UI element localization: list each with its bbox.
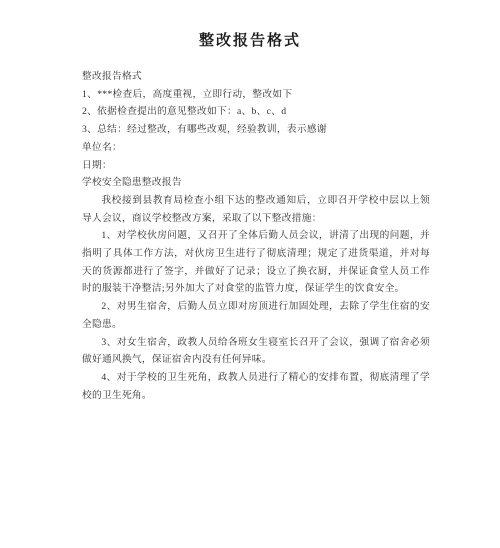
document-title: 整改报告格式 [0,29,500,50]
document-body: 整改报告格式 1、***检查后，高度重视，立即行动，整改如下 2、依据检查提出的… [82,68,430,404]
template-item: 1、***检查后，高度重视，立即行动，整改如下 [82,86,430,104]
date-label: 日期： [82,157,430,175]
report-paragraph: 我校接到县教育局检查小组下达的整改通知后，立即召开学校中层以上领导人会议，商议学… [82,192,430,227]
report-heading: 学校安全隐患整改报告 [82,174,430,192]
report-paragraph: 4、对于学校的卫生死角，政教人员进行了精心的安排布置，彻底清理了学校的卫生死角。 [82,369,430,404]
document-page: 整改报告格式 整改报告格式 1、***检查后，高度重视，立即行动，整改如下 2、… [0,0,500,548]
report-paragraph: 3、对女生宿舍，政教人员给各班女生寝室长召开了会议，强调了宿舍必须做好通风换气，… [82,334,430,369]
template-item: 3、总结：经过整改，有哪些改观，经验教训，表示感谢 [82,121,430,139]
report-paragraph: 1、对学校伙房问题，又召开了全体后勤人员会议，讲清了出现的问题，并指明了具体工作… [82,227,430,298]
template-heading: 整改报告格式 [82,68,430,86]
template-item: 2、依据检查提出的意见整改如下：a、b、c、d [82,103,430,121]
report-paragraph: 2、对男生宿舍，后勤人员立即对房顶进行加固处理，去除了学生住宿的安全隐患。 [82,298,430,333]
unit-name-label: 单位名： [82,139,430,157]
